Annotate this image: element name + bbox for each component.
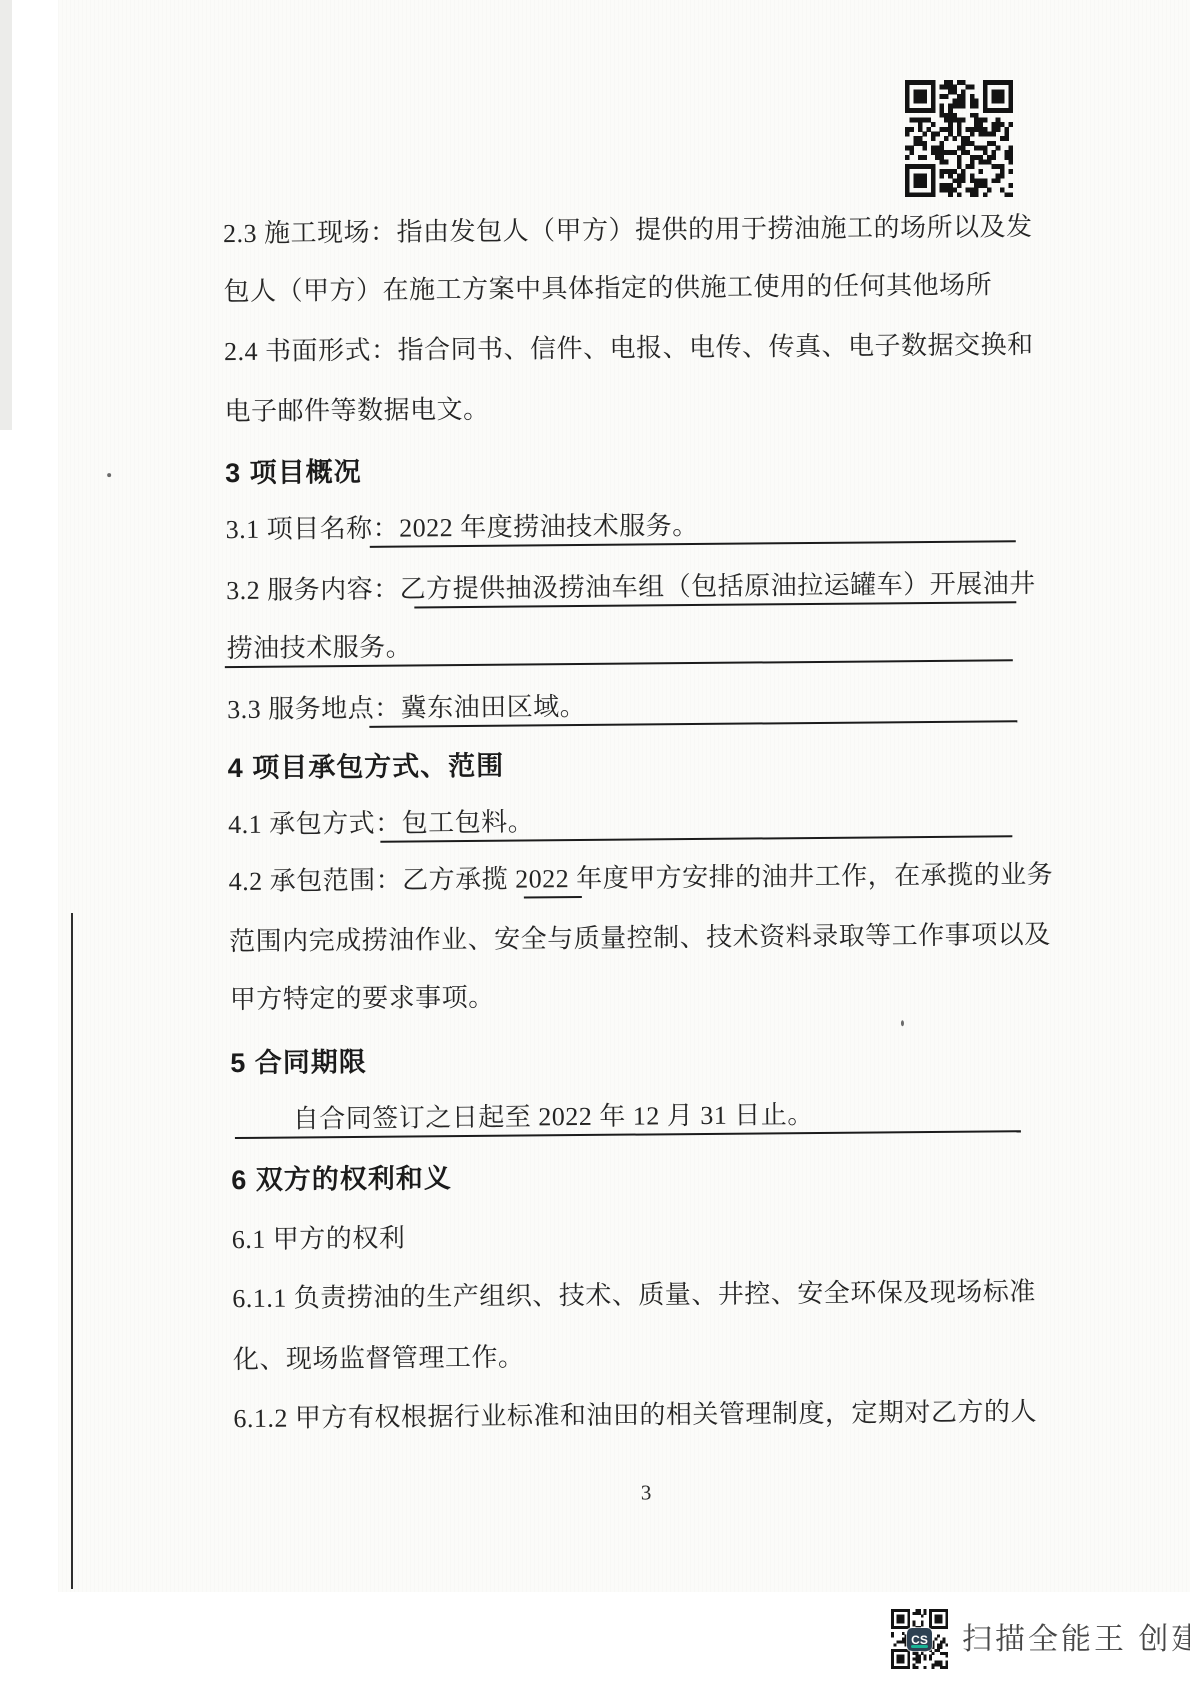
underline — [524, 896, 582, 898]
scan-speck — [107, 473, 111, 477]
doc-line: 电子邮件等数据电文。 — [224, 384, 1024, 425]
doc-line: 3.1 项目名称：2022 年度捞油技术服务。 — [225, 502, 1025, 543]
doc-line: 化、现场监督管理工作。 — [233, 1332, 1033, 1373]
doc-line: 4.1 承包方式：包工包料。 — [228, 797, 1028, 838]
doc-line: 4.2 承包范围：乙方承揽 2022 年度甲方安排的油井工作，在承揽的业务 — [229, 854, 1029, 895]
camscanner-logo-accent — [911, 1645, 928, 1648]
doc-heading: 3 项目概况 — [225, 444, 1025, 485]
doc-heading: 4 项目承包方式、范围 — [228, 739, 1028, 780]
scan-speck — [901, 1020, 904, 1026]
doc-heading: 6 双方的权利和义 — [231, 1151, 1031, 1192]
doc-line: 3.2 服务内容：乙方提供抽汲捞油车组（包括原油拉运罐车）开展油井 — [226, 563, 1026, 604]
doc-line: 6.1.1 负责捞油的生产组织、技术、质量、井控、安全环保及现场标准 — [232, 1271, 1032, 1312]
camscanner-watermark: CS 扫描全能王 创建 — [885, 1602, 1185, 1682]
doc-line: 自合同签订之日起至 2022 年 12 月 31 日止。 — [293, 1092, 1093, 1133]
camscanner-logo: CS — [907, 1628, 932, 1651]
page-number: 3 — [606, 1480, 686, 1506]
doc-line: 范围内完成捞油作业、安全与质量控制、技术资料录取等工作事项以及 — [229, 914, 1029, 955]
doc-line: 甲方特定的要求事项。 — [230, 972, 1030, 1013]
doc-line: 3.3 服务地点：冀东油田区域。 — [227, 682, 1027, 723]
doc-heading: 5 合同期限 — [230, 1034, 1030, 1075]
doc-line: 6.1.2 甲方有权根据行业标准和油田的相关管理制度，定期对乙方的人 — [233, 1391, 1033, 1432]
doc-line: 2.3 施工现场：指由发包人（甲方）提供的用于捞油施工的场所以及发 — [223, 206, 1023, 247]
document-text: 2.3 施工现场：指由发包人（甲方）提供的用于捞油施工的场所以及发 包人（甲方）… — [0, 0, 1190, 1684]
doc-line: 捞油技术服务。 — [226, 621, 1026, 662]
doc-line: 2.4 书面形式：指合同书、信件、电报、电传、传真、电子数据交换和 — [224, 324, 1024, 365]
doc-line: 包人（甲方）在施工方案中具体指定的供施工使用的任何其他场所 — [223, 264, 1023, 305]
watermark-label: 扫描全能王 创建 — [962, 1614, 1190, 1658]
doc-line: 6.1 甲方的权利 — [232, 1212, 1032, 1253]
